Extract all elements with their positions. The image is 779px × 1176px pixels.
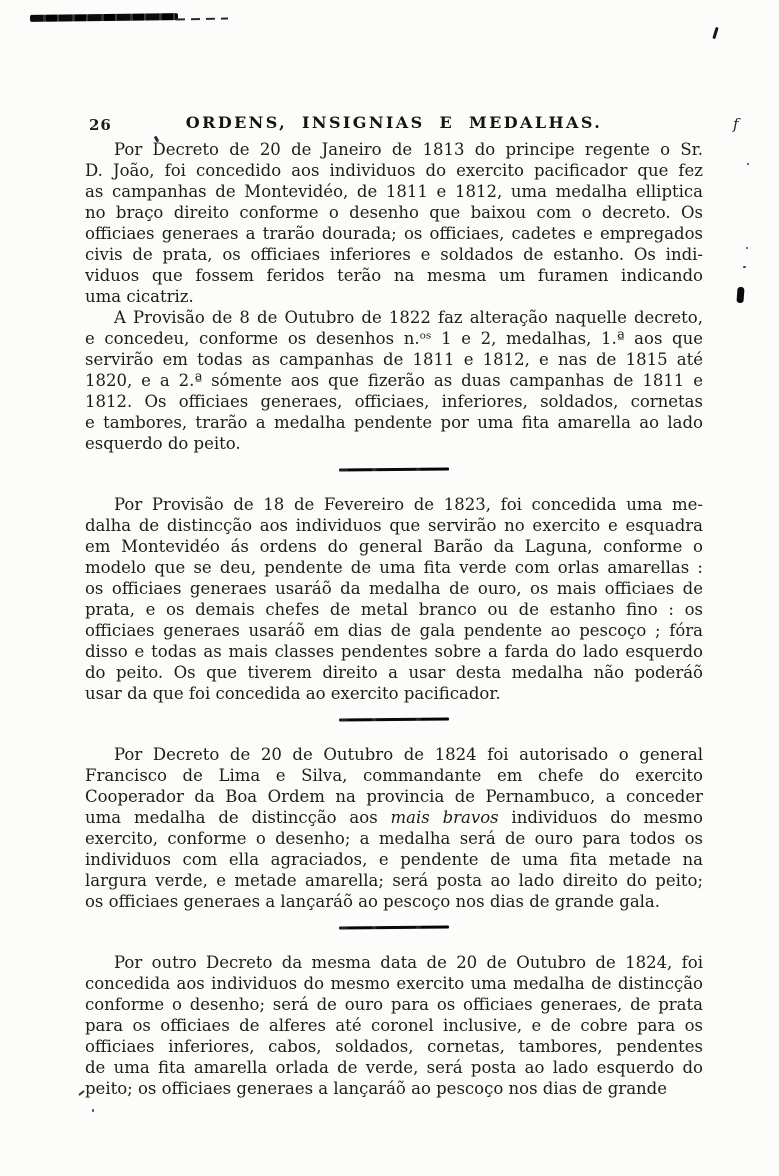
italic-text-segment: mais bravos [391, 808, 499, 827]
text-line: conforme o desenho; será de ouro para os… [85, 994, 703, 1015]
running-title: ORDENS, INSIGNIAS E MEDALHAS. [85, 113, 703, 132]
paragraph-decree-1813: Por Decreto de 20 de Janeiro de 1813 do … [85, 139, 703, 307]
text-line: os officiaes generaes a lançaráõ ao pesc… [85, 891, 703, 912]
text-line: em Montevidéo ás ordens do general Barão… [85, 536, 703, 557]
text-line: Por Decreto de 20 de Janeiro de 1813 do … [85, 139, 703, 160]
text-line: A Provisão de 8 de Outubro de 1822 faz a… [85, 307, 703, 328]
scan-artifact-speck [747, 163, 749, 165]
text-line: uma medalha de distincção aos mais bravo… [85, 807, 703, 828]
text-line: Francisco de Lima e Silva, commandante e… [85, 765, 703, 786]
text-line: civis de prata, os officiaes inferiores … [85, 244, 703, 265]
text-line: de uma fita amarella orlada de verde, se… [85, 1057, 703, 1078]
text-line: concedida aos individuos do mesmo exerci… [85, 973, 703, 994]
scan-artifact-margin-stroke [712, 27, 718, 39]
paragraph-provision-1823: Por Provisão de 18 de Fevereiro de 1823,… [85, 494, 703, 704]
text-line: D. João, foi concedido aos individuos do… [85, 160, 703, 181]
text-line: disso e todas as mais classes pendentes … [85, 641, 703, 662]
scan-artifact-top-smudge-tail [176, 18, 228, 21]
text-line: Por outro Decreto da mesma data de 20 de… [85, 952, 703, 973]
text-line: as campanhas de Montevidéo, de 1811 e 18… [85, 181, 703, 202]
text-line: largura verde, e metade amarella; será p… [85, 870, 703, 891]
text-segment: individuos do mesmo [499, 808, 703, 827]
scan-artifact-speck [743, 266, 746, 268]
text-line: modelo que se deu, pendente de uma fita … [85, 557, 703, 578]
text-line: exercito, conforme o desenho; a medalha … [85, 828, 703, 849]
section-divider [339, 926, 449, 930]
text-block: Por Decreto de 20 de Janeiro de 1813 do … [85, 139, 703, 1099]
text-line: viduos que fossem feridos terão na mesma… [85, 265, 703, 286]
scan-artifact-speck [78, 1090, 85, 1096]
text-line: Por Provisão de 18 de Fevereiro de 1823,… [85, 494, 703, 515]
text-line: Por Decreto de 20 de Outubro de 1824 foi… [85, 744, 703, 765]
paragraph-decree-1824-first: Por Decreto de 20 de Outubro de 1824 foi… [85, 744, 703, 912]
text-line: officiaes generaes a trarão dourada; os … [85, 223, 703, 244]
text-line: 1812. Os officiaes generaes, officiaes, … [85, 391, 703, 412]
paragraph-provision-1822: A Provisão de 8 de Outubro de 1822 faz a… [85, 307, 703, 454]
text-line: no braço direito conforme o desenho que … [85, 202, 703, 223]
section-divider [339, 718, 449, 722]
text-line: usar da que foi concedida ao exercito pa… [85, 683, 703, 704]
text-line: os officiaes generaes usaráõ da medalha … [85, 578, 703, 599]
text-line: dalha de distincção aos individuos que s… [85, 515, 703, 536]
text-line: servirão em todas as campanhas de 1811 e… [85, 349, 703, 370]
text-line: peito; os officiaes generaes a lançaráõ … [85, 1078, 703, 1099]
text-line: esquerdo do peito. [85, 433, 703, 454]
scan-artifact-margin-glyph: f [733, 115, 739, 133]
text-line: officiaes generaes usaráõ em dias de gal… [85, 620, 703, 641]
scan-artifact-top-smudge [30, 13, 178, 22]
text-line: 1820, e a 2.ª sómente aos que fizerão as… [85, 370, 703, 391]
paragraph-decree-1824-second: Por outro Decreto da mesma data de 20 de… [85, 952, 703, 1099]
text-line: e concedeu, conforme os desenhos n.ᵒˢ 1 … [85, 328, 703, 349]
book-page-scan: f 26 ORDENS, INSIGNIAS E MEDALHAS. Por D… [0, 0, 779, 1176]
page-header: 26 ORDENS, INSIGNIAS E MEDALHAS. [85, 113, 703, 137]
scan-artifact-speck [746, 247, 748, 249]
text-line: uma cicatriz. [85, 286, 703, 307]
scan-artifact-ink-blob [736, 287, 744, 303]
text-line: para os officiaes de alferes até coronel… [85, 1015, 703, 1036]
text-line: Cooperador da Boa Ordem na provincia de … [85, 786, 703, 807]
text-line: e tambores, trarão a medalha pendente po… [85, 412, 703, 433]
text-line: individuos com ella agraciados, e penden… [85, 849, 703, 870]
page-number: 26 [89, 116, 112, 134]
text-line: prata, e os demais chefes de metal branc… [85, 599, 703, 620]
text-segment: uma medalha de distincção aos [85, 808, 391, 827]
text-line: officiaes inferiores, cabos, soldados, c… [85, 1036, 703, 1057]
section-divider [339, 468, 449, 472]
text-line: do peito. Os que tiverem direito a usar … [85, 662, 703, 683]
scan-artifact-speck [92, 1109, 94, 1112]
